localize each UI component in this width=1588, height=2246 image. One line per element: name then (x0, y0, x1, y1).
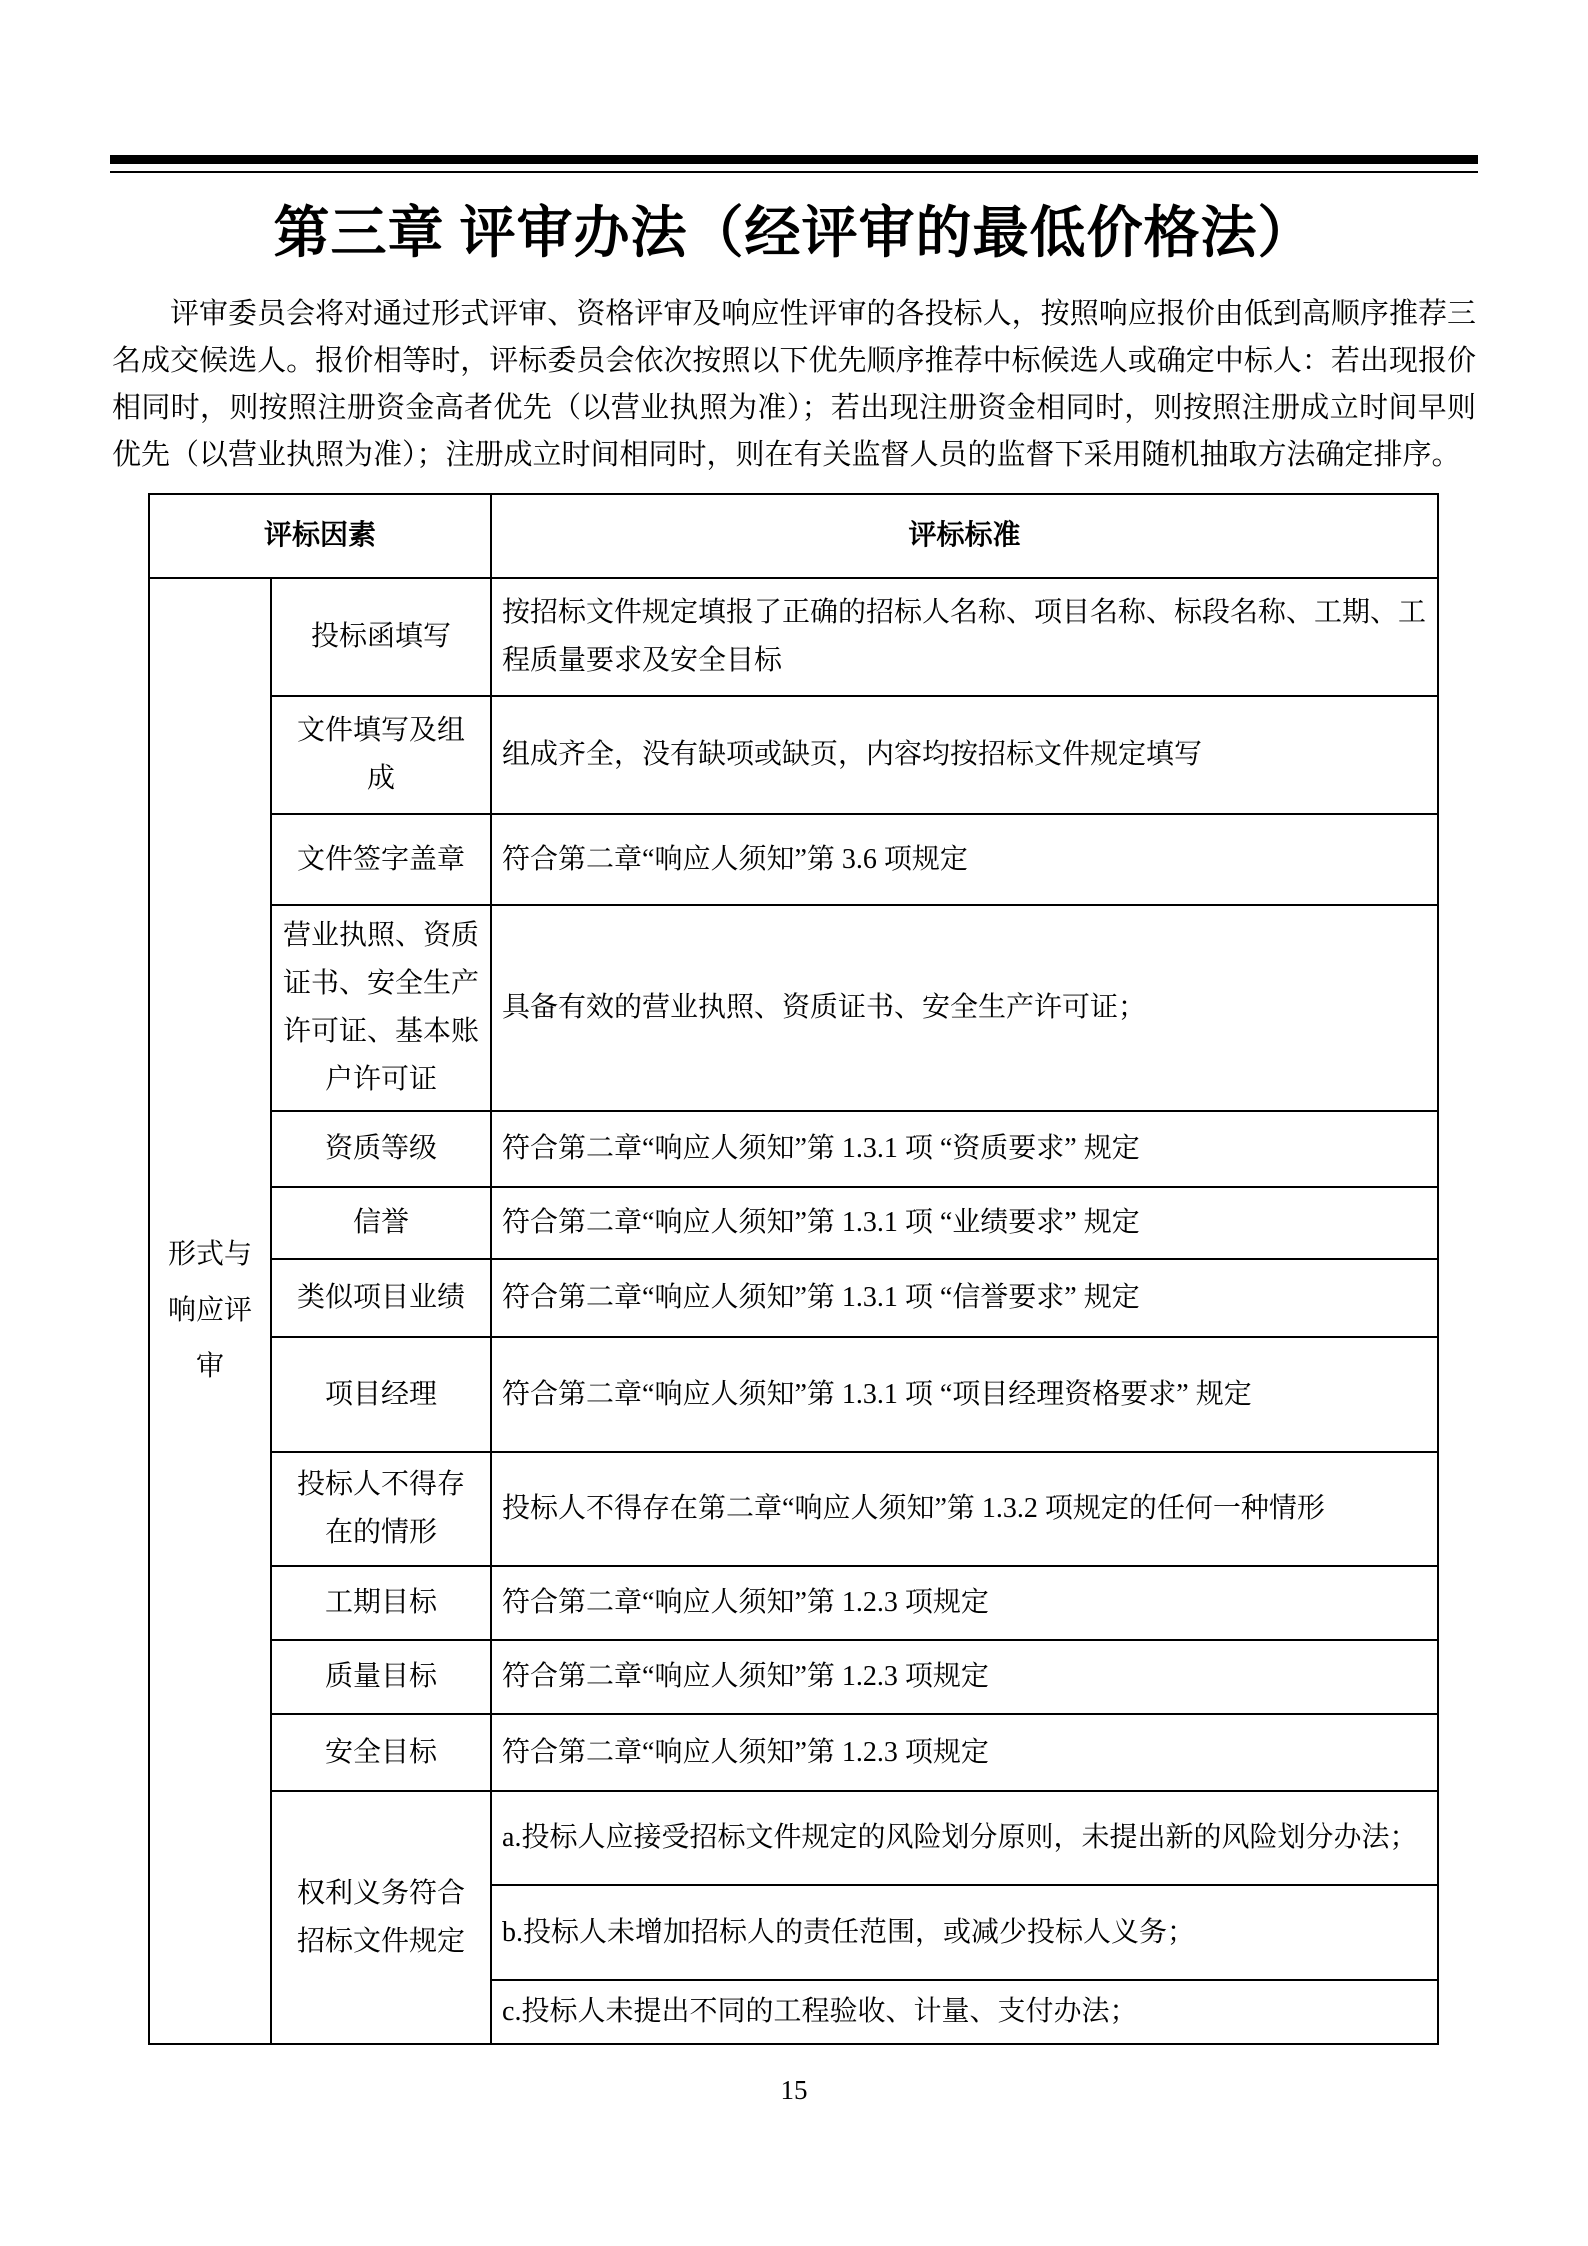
factor-cell: 工期目标 (271, 1566, 491, 1640)
standard-cell: 符合第二章“响应人须知”第 1.3.1 项 “项目经理资格要求” 规定 (491, 1337, 1438, 1452)
table-row: 营业执照、资质 证书、安全生产 许可证、基本账 户许可证 具备有效的营业执照、资… (149, 905, 1438, 1111)
table-row: 信誉 符合第二章“响应人须知”第 1.3.1 项 “业绩要求” 规定 (149, 1187, 1438, 1259)
standard-cell: 符合第二章“响应人须知”第 1.3.1 项 “信誉要求” 规定 (491, 1259, 1438, 1337)
table-row: 资质等级 符合第二章“响应人须知”第 1.3.1 项 “资质要求” 规定 (149, 1111, 1438, 1187)
factor-cell: 投标函填写 (271, 578, 491, 696)
table-row: 类似项目业绩 符合第二章“响应人须知”第 1.3.1 项 “信誉要求” 规定 (149, 1259, 1438, 1337)
table-row: 权利义务符合 招标文件规定 a.投标人应接受招标文件规定的风险划分原则，未提出新… (149, 1791, 1438, 1885)
group-cell: 形式与 响应评 审 (149, 578, 271, 2044)
table-row: 项目经理 符合第二章“响应人须知”第 1.3.1 项 “项目经理资格要求” 规定 (149, 1337, 1438, 1452)
header-cell-standard: 评标标准 (491, 494, 1438, 578)
table-row: 文件填写及组 成 组成齐全，没有缺项或缺页，内容均按招标文件规定填写 (149, 696, 1438, 814)
factor-cell: 资质等级 (271, 1111, 491, 1187)
table-row: 投标人不得存 在的情形 投标人不得存在第二章“响应人须知”第 1.3.2 项规定… (149, 1452, 1438, 1566)
standard-cell: 组成齐全，没有缺项或缺页，内容均按招标文件规定填写 (491, 696, 1438, 814)
table-header-row: 评标因素 评标标准 (149, 494, 1438, 578)
factor-cell: 信誉 (271, 1187, 491, 1259)
standard-cell: 符合第二章“响应人须知”第 3.6 项规定 (491, 814, 1438, 905)
evaluation-table: 评标因素 评标标准 形式与 响应评 审 投标函填写 按招标文件规定填报了正确的招… (148, 493, 1439, 2045)
table-row: 质量目标 符合第二章“响应人须知”第 1.2.3 项规定 (149, 1640, 1438, 1714)
page-title: 第三章 评审办法（经评审的最低价格法） (60, 189, 1528, 269)
intro-paragraph: 评审委员会将对通过形式评审、资格评审及响应性评审的各投标人，按照响应报价由低到高… (112, 291, 1476, 479)
standard-cell: 符合第二章“响应人须知”第 1.2.3 项规定 (491, 1714, 1438, 1791)
factor-cell: 权利义务符合 招标文件规定 (271, 1791, 491, 2044)
document-page: 第三章 评审办法（经评审的最低价格法） 评审委员会将对通过形式评审、资格评审及响… (0, 0, 1588, 2246)
standard-cell: 符合第二章“响应人须知”第 1.3.1 项 “资质要求” 规定 (491, 1111, 1438, 1187)
table-row: 文件签字盖章 符合第二章“响应人须知”第 3.6 项规定 (149, 814, 1438, 905)
factor-cell: 安全目标 (271, 1714, 491, 1791)
table-row: 安全目标 符合第二章“响应人须知”第 1.2.3 项规定 (149, 1714, 1438, 1791)
standard-cell: b.投标人未增加招标人的责任范围，或减少投标人义务； (491, 1885, 1438, 1980)
table-row: 工期目标 符合第二章“响应人须知”第 1.2.3 项规定 (149, 1566, 1438, 1640)
factor-cell: 类似项目业绩 (271, 1259, 491, 1337)
standard-cell: 按招标文件规定填报了正确的招标人名称、项目名称、标段名称、工期、工程质量要求及安… (491, 578, 1438, 696)
header-cell-factor: 评标因素 (149, 494, 491, 578)
factor-cell: 营业执照、资质 证书、安全生产 许可证、基本账 户许可证 (271, 905, 491, 1111)
standard-cell: a.投标人应接受招标文件规定的风险划分原则，未提出新的风险划分办法； (491, 1791, 1438, 1885)
standard-cell: 投标人不得存在第二章“响应人须知”第 1.3.2 项规定的任何一种情形 (491, 1452, 1438, 1566)
factor-cell: 文件填写及组 成 (271, 696, 491, 814)
factor-cell: 投标人不得存 在的情形 (271, 1452, 491, 1566)
table-row: 形式与 响应评 审 投标函填写 按招标文件规定填报了正确的招标人名称、项目名称、… (149, 578, 1438, 696)
page-number: 15 (0, 2075, 1588, 2106)
factor-cell: 项目经理 (271, 1337, 491, 1452)
standard-cell: 符合第二章“响应人须知”第 1.2.3 项规定 (491, 1566, 1438, 1640)
standard-cell: c.投标人未提出不同的工程验收、计量、支付办法； (491, 1980, 1438, 2044)
standard-cell: 符合第二章“响应人须知”第 1.2.3 项规定 (491, 1640, 1438, 1714)
standard-cell: 符合第二章“响应人须知”第 1.3.1 项 “业绩要求” 规定 (491, 1187, 1438, 1259)
header-double-rule (110, 155, 1478, 173)
factor-cell: 质量目标 (271, 1640, 491, 1714)
standard-cell: 具备有效的营业执照、资质证书、安全生产许可证； (491, 905, 1438, 1111)
factor-cell: 文件签字盖章 (271, 814, 491, 905)
